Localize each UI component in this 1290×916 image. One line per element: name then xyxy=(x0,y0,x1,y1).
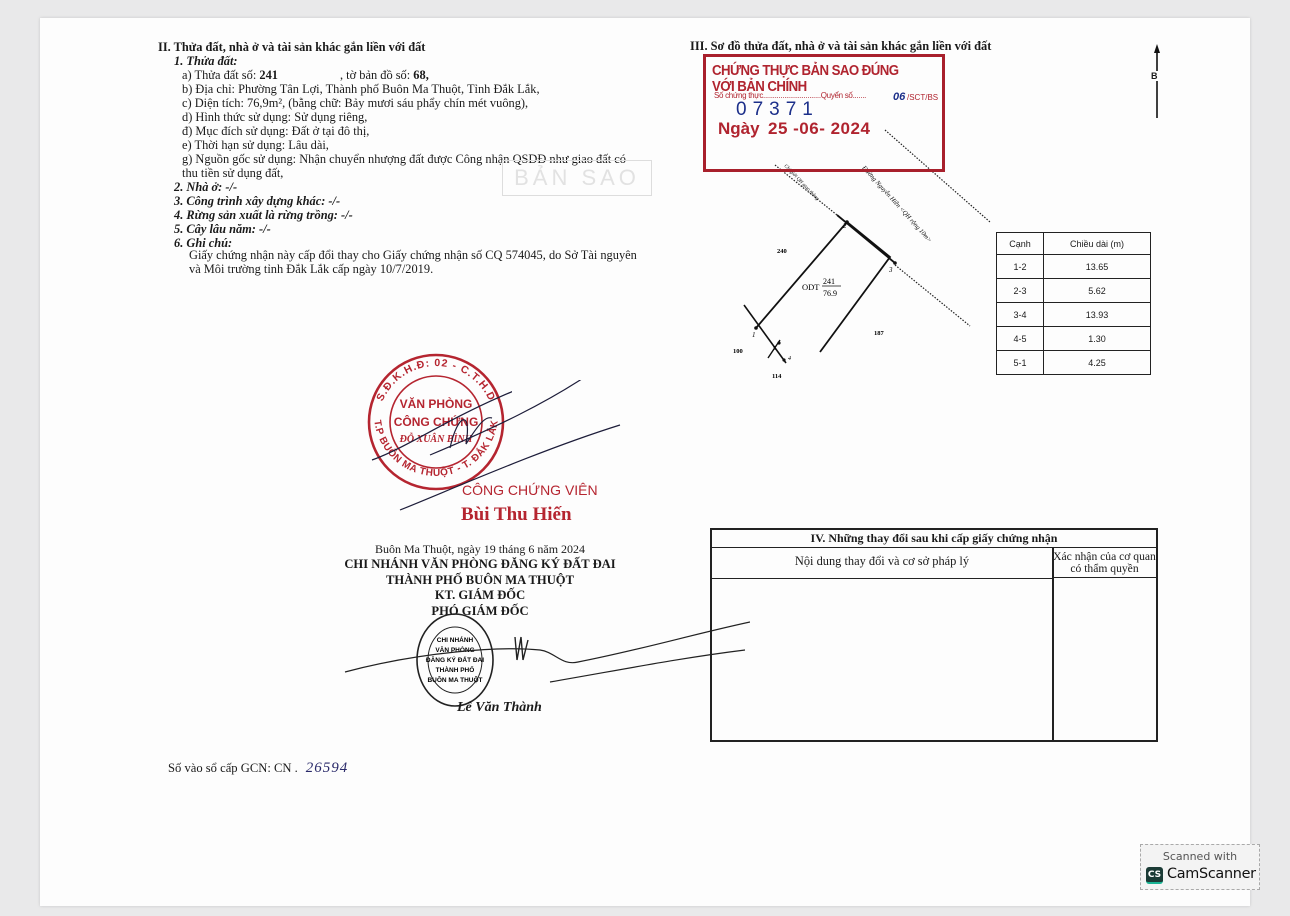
column-divider xyxy=(1052,548,1054,740)
section-2-heading: II. Thửa đất, nhà ở và tài sản khác gắn … xyxy=(158,40,425,55)
perennial-item: 5. Cây lâu năm: -/- xyxy=(174,222,271,237)
faint-copy-stamp: BẢN SAO xyxy=(502,160,652,196)
col-header-change-content: Nội dung thay đổi và cơ sở pháp lý xyxy=(712,548,1052,579)
col-header-authority-confirmation: Xác nhận của cơ quan có thẩm quyền xyxy=(1053,548,1156,578)
stamp-date: 25 -06- 2024 xyxy=(768,119,870,139)
table-row: 4-51.30 xyxy=(997,327,1151,351)
stamp-book-suffix: /SCT/BS xyxy=(907,93,938,102)
notary-role: CÔNG CHỨNG VIÊN xyxy=(462,482,598,498)
signer-name: Lê Văn Thành xyxy=(457,700,542,716)
col-header-length: Chiều dài (m) xyxy=(1044,233,1151,255)
note-line-2: và Môi trường tỉnh Đắk Lắk cấp ngày 10/7… xyxy=(189,262,433,277)
signer-title-1: KT. GIÁM ĐỐC xyxy=(340,588,620,604)
notary-signature-strokes xyxy=(390,380,630,520)
other-construction-item: 3. Công trình xây dựng khác: -/- xyxy=(174,194,340,209)
stamp-cert-number: 07371 xyxy=(736,99,819,121)
vertex-4: 4 xyxy=(788,355,791,362)
note-line-1: Giấy chứng nhận này cấp đổi thay cho Giấ… xyxy=(189,248,637,263)
col-header-edge: Cạnh xyxy=(997,233,1044,255)
signature-block: Buôn Ma Thuột, ngày 19 tháng 6 năm 2024 … xyxy=(340,542,620,619)
org-line-2: THÀNH PHỐ BUÔN MA THUỘT xyxy=(340,573,620,589)
registry-signature-strokes xyxy=(340,610,750,690)
north-arrow-icon: B xyxy=(1150,44,1164,125)
changes-table: IV. Những thay đổi sau khi cấp giấy chứn… xyxy=(710,528,1158,742)
section-4-heading: IV. Những thay đổi sau khi cấp giấy chứn… xyxy=(712,530,1156,548)
map-parcel-number: 241 xyxy=(823,277,835,286)
camscanner-logo-icon: CS xyxy=(1146,867,1163,884)
neighbor-100: 100 xyxy=(733,348,743,355)
table-row: 5-14.25 xyxy=(997,351,1151,375)
land-use-code: ODT xyxy=(802,282,820,292)
neighbor-240: 240 xyxy=(777,248,787,255)
vertex-5: 5 xyxy=(773,346,776,352)
use-form-line: d) Hình thức sử dụng: Sử dụng riêng, xyxy=(182,110,367,125)
table-row: 3-413.93 xyxy=(997,303,1151,327)
stamp-book-number: 06 xyxy=(893,91,905,103)
table-row: 1-213.65 xyxy=(997,255,1151,279)
map-parcel-area: 76.9 xyxy=(823,289,837,298)
certified-copy-stamp: CHỨNG THỰC BẢN SAO ĐÚNG VỚI BẢN CHÍNH Số… xyxy=(703,54,945,172)
camscanner-watermark: Scanned with CS CamScanner xyxy=(1140,844,1260,890)
stamp-date-label: Ngày xyxy=(718,119,760,139)
address-line: b) Địa chỉ: Phường Tân Lợi, Thành phố Bu… xyxy=(182,82,540,97)
edge-lengths-table: Cạnh Chiều dài (m) 1-213.65 2-35.62 3-41… xyxy=(996,232,1151,375)
registry-number: 26594 xyxy=(306,760,349,776)
area-line: c) Diện tích: 76,9m², (bằng chữ: Bảy mươ… xyxy=(182,96,528,111)
table-row: 2-35.62 xyxy=(997,279,1151,303)
vertex-3: 3 xyxy=(888,266,893,274)
use-term-line: e) Thời hạn sử dụng: Lâu dài, xyxy=(182,138,329,153)
neighbor-187: 187 xyxy=(874,330,885,337)
parcel-number-line: a) Thửa đất số: 241, tờ bản đồ số: 68, xyxy=(182,68,429,83)
origin-line-2: thu tiền sử dụng đất, xyxy=(182,166,283,181)
use-purpose-line: đ) Mục đích sử dụng: Đất ở tại đô thị, xyxy=(182,124,369,139)
housing-item: 2. Nhà ở: -/- xyxy=(174,180,237,195)
org-line-1: CHI NHÁNH VĂN PHÒNG ĐĂNG KÝ ĐẤT ĐAI xyxy=(340,557,620,573)
parcel-heading: 1. Thửa đất: xyxy=(174,54,238,69)
parcel-number: 241 xyxy=(259,68,278,82)
road-main-label: Đường Nguyễn Hiền <QH rộng 10m> xyxy=(860,164,933,244)
vertex-1: 1 xyxy=(752,331,756,339)
neighbor-114: 114 xyxy=(772,373,782,380)
place-date: Buôn Ma Thuột, ngày 19 tháng 6 năm 2024 xyxy=(340,542,620,557)
vertex-2: 2 xyxy=(843,222,847,230)
map-sheet-number: 68, xyxy=(413,68,429,82)
registry-number-line: Số vào sổ cấp GCN: CN .26594 xyxy=(168,760,348,777)
notary-name: Bùi Thu Hiến xyxy=(461,504,572,526)
registry-label: Số vào sổ cấp GCN: CN . xyxy=(168,761,298,775)
forest-item: 4. Rừng sản xuất là rừng trồng: -/- xyxy=(174,208,353,223)
